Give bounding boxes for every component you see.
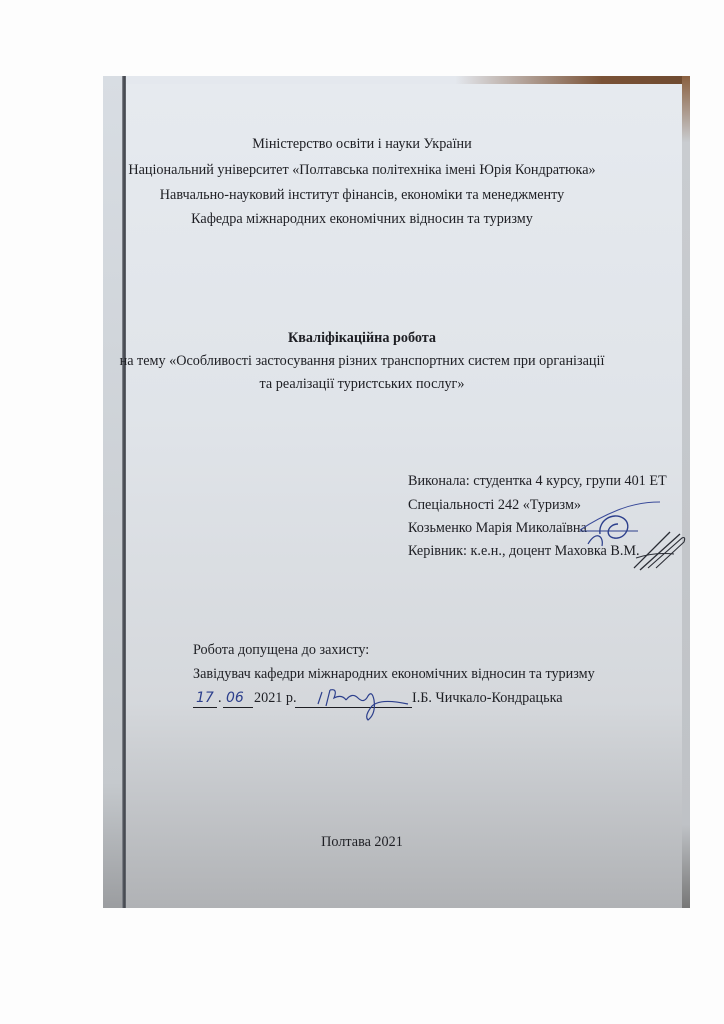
date-day: 17 (196, 690, 214, 706)
student-name: Козьменко Марія Миколаївна (408, 520, 587, 537)
signature-line (295, 707, 412, 708)
date-month: 06 (226, 690, 244, 706)
topic-line-2: та реалізації туристських послуг» (0, 376, 724, 393)
ministry-line: Міністерство освіти і науки України (0, 136, 724, 153)
university-line: Національний університет «Полтавська пол… (0, 162, 724, 179)
month-underline (223, 707, 253, 708)
topic-line-1: на тему «Особливості застосування різних… (0, 353, 724, 370)
department-line: Кафедра міжнародних економічних відносин… (0, 211, 724, 228)
date-dot: . (218, 690, 222, 707)
work-heading: Кваліфікаційна робота (0, 330, 724, 347)
specialty: Спеціальності 242 «Туризм» (408, 497, 581, 514)
title-page (126, 84, 682, 908)
admitted-label: Робота допущена до захисту: (193, 642, 369, 659)
performed-by: Виконала: студентка 4 курсу, групи 401 Е… (408, 473, 667, 490)
head-name: І.Б. Чичкало-Кондрацька (412, 690, 563, 707)
supervisor: Керівник: к.е.н., доцент Маховка В.М. (408, 543, 640, 560)
date-year: 2021 р. (254, 690, 297, 707)
institute-line: Навчально-науковий інститут фінансів, ек… (0, 187, 724, 204)
head-of-department-label: Завідувач кафедри міжнародних економічни… (193, 666, 595, 683)
city-year: Полтава 2021 (0, 834, 724, 851)
day-underline (193, 707, 217, 708)
